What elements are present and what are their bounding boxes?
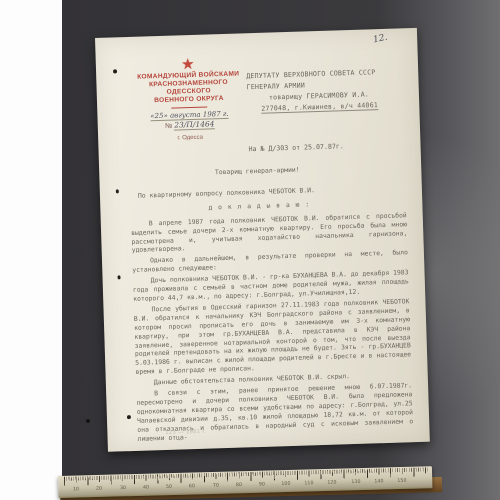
letter-sheet: 12. ★ КОМАНДУЮЩИЙ ВОЙСКАМИ КРАСНОЗНАМЕНН… bbox=[95, 28, 430, 452]
ink-speck bbox=[127, 415, 131, 419]
ruler-number: 90 bbox=[253, 481, 272, 488]
handwritten-number: 23/П/1464 bbox=[174, 119, 215, 130]
ruler-number: 70 bbox=[206, 482, 225, 489]
ruler-number: 120 bbox=[323, 479, 342, 486]
letter-body: Товарищ генерал-армии! По квартирному во… bbox=[129, 162, 413, 445]
background-speck bbox=[86, 419, 90, 423]
letterhead-divider bbox=[171, 107, 207, 109]
letterhead-city: г. Одесса bbox=[126, 133, 254, 143]
ruler-number: 30 bbox=[113, 485, 132, 492]
ruler-number: 40 bbox=[136, 484, 155, 491]
salutation: Товарищ генерал-армии! bbox=[157, 164, 357, 179]
reference-line: На № Д/303 от 25.07.87г. bbox=[248, 142, 343, 153]
photo-margin-strip bbox=[0, 0, 62, 500]
ruler-number: 60 bbox=[183, 483, 202, 490]
ruler-number: 140 bbox=[369, 478, 388, 485]
ink-speck bbox=[116, 189, 119, 193]
ruler-number: 110 bbox=[299, 480, 318, 487]
recipient-block: ДЕПУТАТУ ВЕРХОВНОГО СОВЕТА СССР ГЕНЕРАЛУ… bbox=[246, 66, 411, 115]
ruler-number: 100 bbox=[276, 481, 295, 488]
ruler-number: 50 bbox=[160, 484, 179, 491]
body-paragraph: В апреле 1987 года полковник ЧЕБОТОК В.И… bbox=[131, 211, 408, 255]
number-sign: № bbox=[165, 123, 173, 130]
ink-speck bbox=[117, 275, 120, 279]
ruler-number: 150 bbox=[393, 478, 412, 485]
ruler-number: 20 bbox=[90, 485, 109, 492]
ruler-number: 130 bbox=[346, 479, 365, 486]
ink-speck bbox=[113, 69, 117, 73]
body-paragraph: После убытия в Одесский гарнизон 27.11.1… bbox=[133, 297, 411, 377]
document-photo: 10 20 30 40 50 60 70 80 90 100 110 120 1… bbox=[0, 0, 500, 500]
handwritten-page-number: 12. bbox=[372, 33, 388, 46]
print-shop-mark: 123 — 1981 г. bbox=[165, 429, 206, 436]
letterhead: ★ КОМАНДУЮЩИЙ ВОЙСКАМИ КРАСНОЗНАМЕННОГО … bbox=[124, 55, 255, 143]
report-heading: д о к л а д ы в а ю : bbox=[208, 197, 406, 212]
ruler-number: 80 bbox=[230, 482, 249, 489]
ruler-number: 10 bbox=[67, 486, 86, 493]
